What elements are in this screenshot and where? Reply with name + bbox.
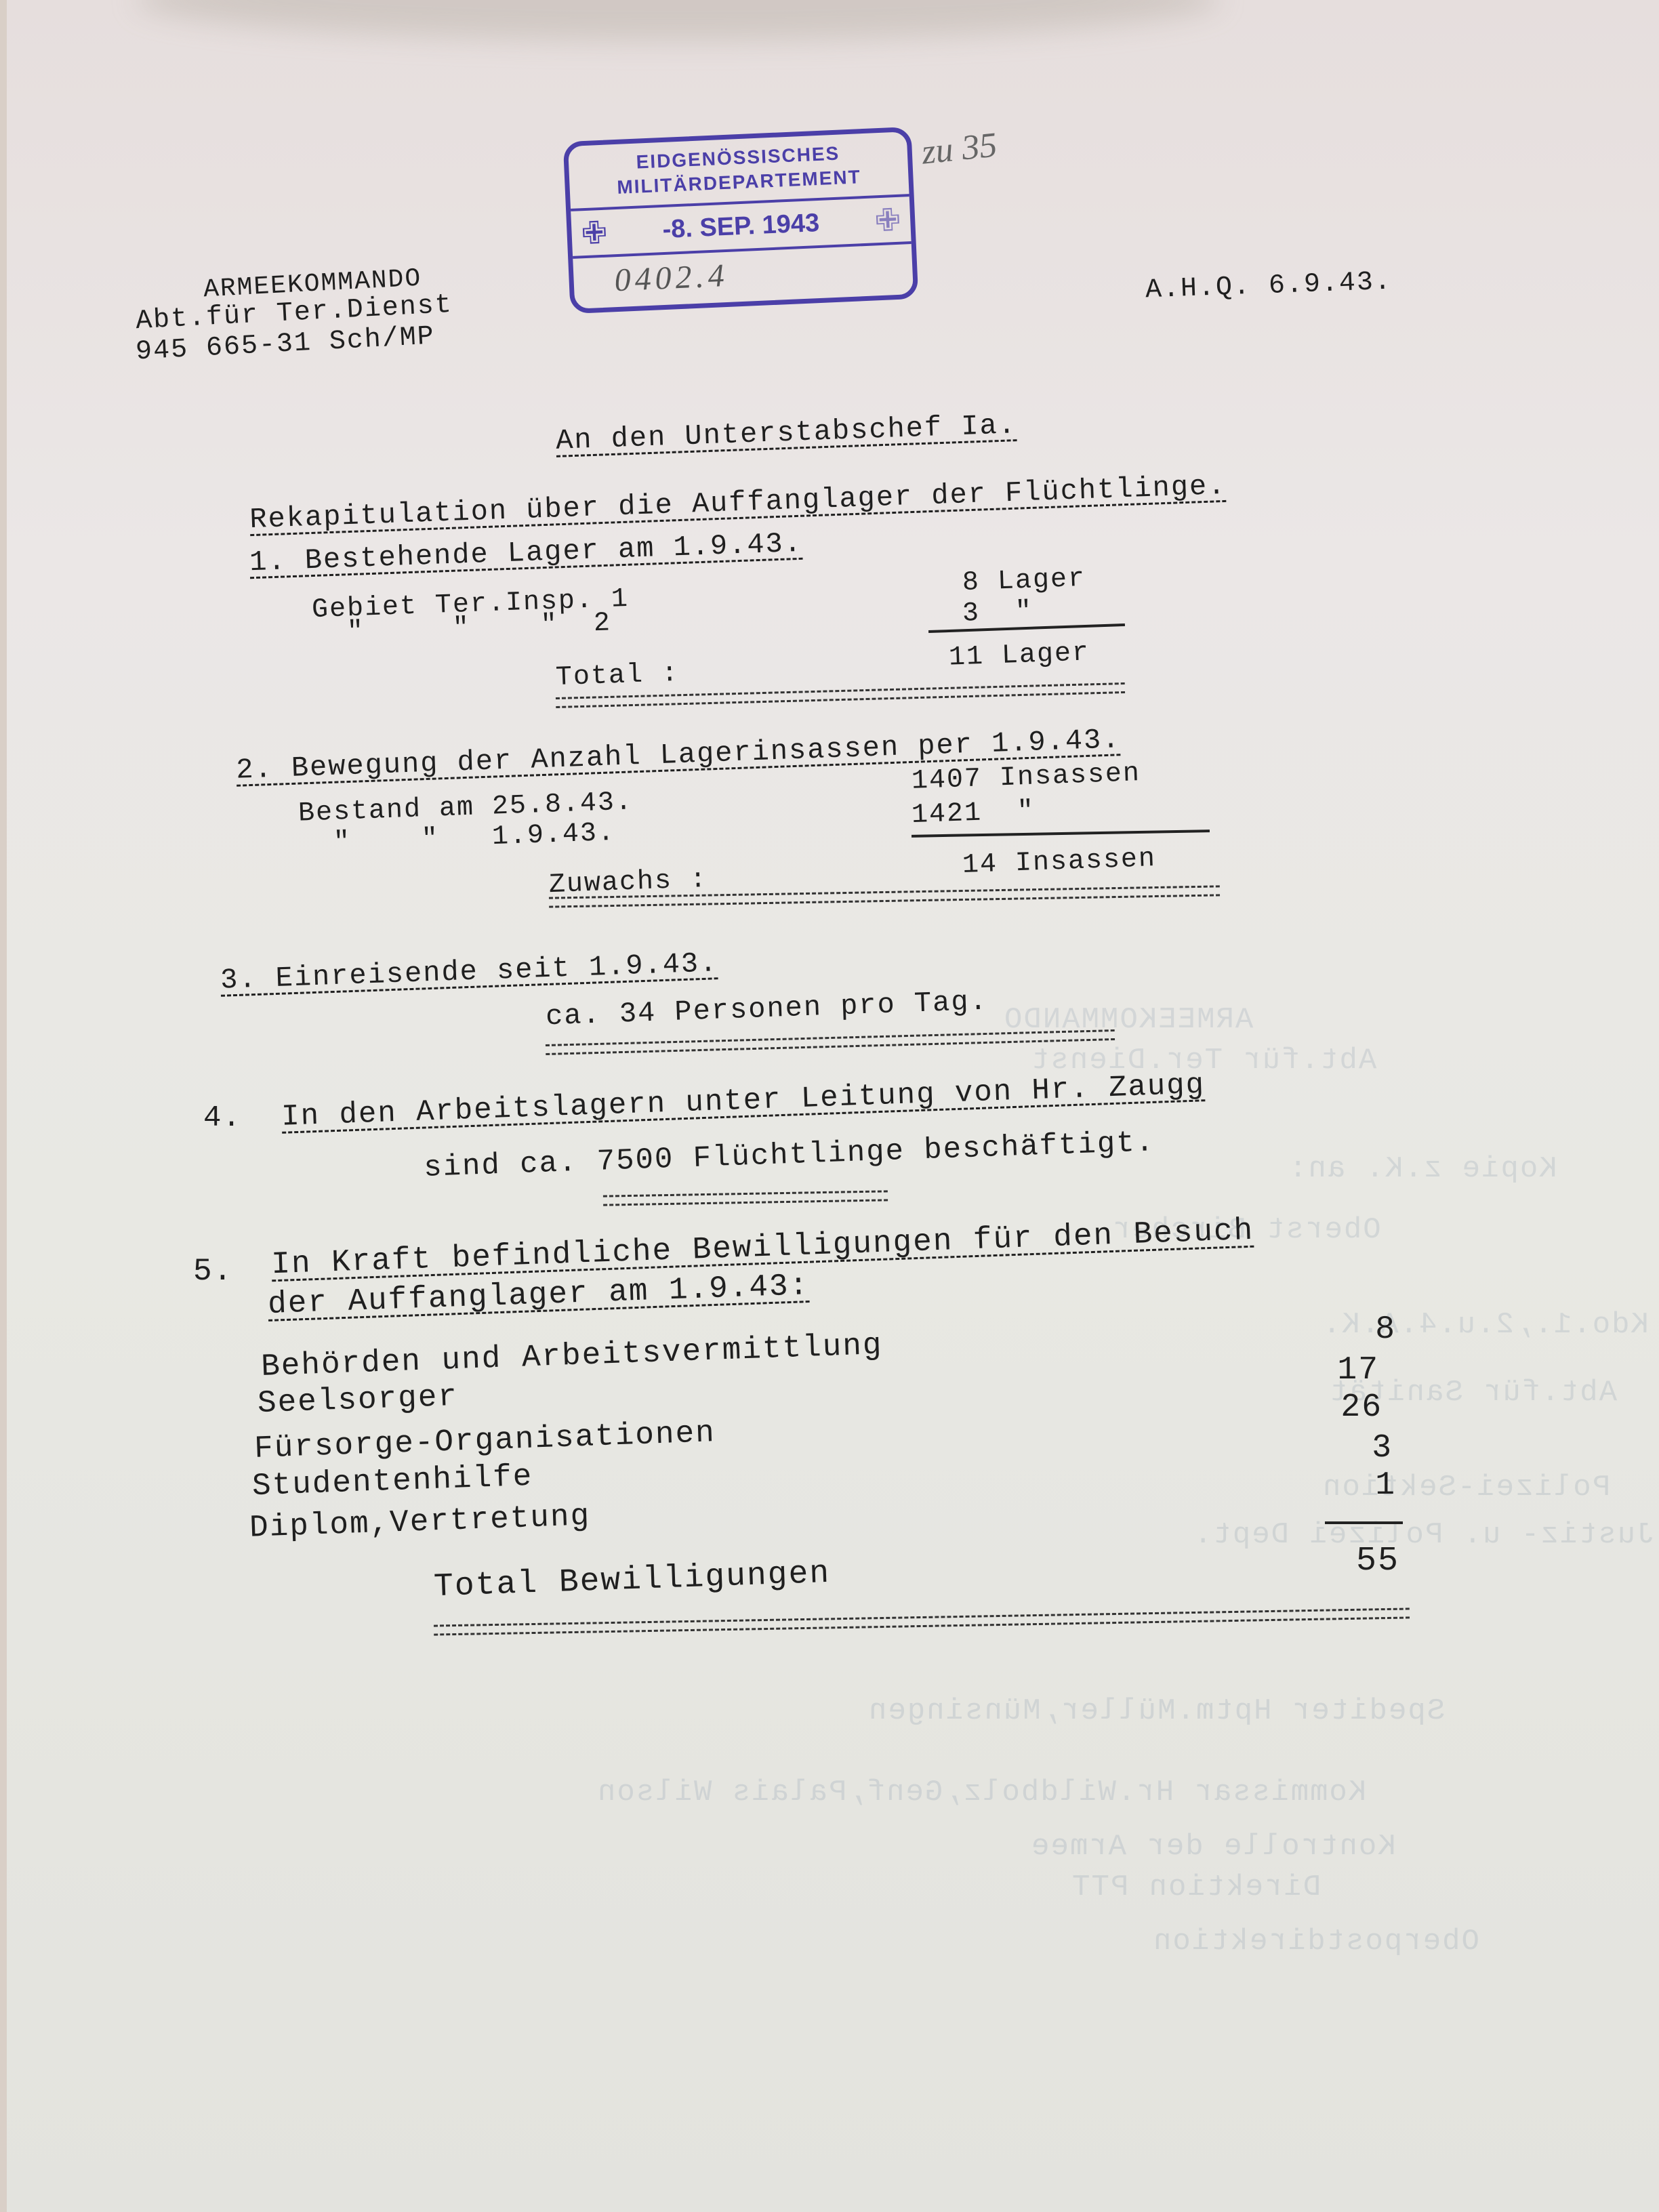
permit-total-label: Total Bewilligungen: [433, 1555, 831, 1605]
section3-text: ca. 34 Personen pro Tag.: [545, 985, 988, 1033]
section1-row-value: 3 ": [962, 596, 1033, 630]
section4-heading: In den Arbeitslagern unter Leitung von H…: [281, 1068, 1206, 1134]
addressee: An den Unterstabschef Ia.: [555, 409, 1017, 457]
section3-heading: 3. Einreisende seit 1.9.43.: [220, 947, 718, 997]
permit-value: 8: [1349, 1311, 1396, 1348]
section1-total-label: Total :: [555, 659, 679, 693]
bleed-line: Kopie z.K. an:: [1288, 1152, 1557, 1186]
handwritten-annotation: zu 35: [920, 125, 999, 172]
section4-text: sind ca. 7500 Flüchtlinge beschäftigt.: [423, 1126, 1155, 1185]
permit-value: 17: [1332, 1352, 1379, 1389]
section2-row-value: 1407 Insassen: [911, 758, 1141, 797]
section4-number: 4.: [203, 1101, 242, 1135]
permit-label: Seelsorger: [257, 1379, 459, 1421]
permit-label: Fürsorge-Organisationen: [253, 1415, 716, 1467]
document-page: ARMEEKOMMANDO Abt.für Ter.Dienst Kopie z…: [0, 0, 1659, 2212]
bleed-line: Direktion PTT: [1071, 1870, 1321, 1904]
swiss-cross-icon: ✙: [580, 214, 608, 252]
sum-line: [1325, 1521, 1403, 1524]
swiss-cross-icon: ✙: [874, 201, 901, 239]
bleed-line: Kontrolle der Armee: [1030, 1830, 1396, 1864]
section1-row-value: 8 Lager: [962, 564, 1086, 598]
double-underline: [603, 1190, 888, 1206]
permit-label: Studentenhilfe: [251, 1459, 533, 1504]
permit-total-value: 55: [1345, 1542, 1399, 1580]
section5-number: 5.: [193, 1254, 233, 1289]
stamp-date: -8. SEP. 1943: [662, 208, 820, 244]
document-title: Rekapitulation über die Auffanglager der…: [249, 470, 1227, 536]
permit-label: Behörden und Arbeitsvermittlung: [260, 1328, 883, 1385]
receipt-stamp: EIDGENÖSSISCHES MILITÄRDEPARTEMENT ✙ -8.…: [563, 127, 919, 314]
permit-value: 26: [1335, 1389, 1382, 1426]
bleed-line: Spediter Hptm.Müller,Münsingen: [867, 1694, 1445, 1728]
permit-value: 1: [1349, 1467, 1396, 1504]
bleed-line: Justiz- u. Polizei Dept.: [1193, 1518, 1655, 1552]
section1-total-value: 11 Lager: [948, 638, 1090, 673]
bleed-line: Kommissar Hr.Wildbolz,Genf,Palais Wilson: [596, 1776, 1366, 1809]
section1-heading: 1. Bestehende Lager am 1.9.43.: [249, 527, 802, 579]
double-underline: [434, 1607, 1410, 1635]
bleed-line: Oberpostdirektion: [1152, 1925, 1479, 1959]
sum-line: [912, 829, 1210, 838]
section2-total-value: 14 Insassen: [962, 844, 1156, 881]
section2-row-value: 1421 ": [911, 796, 1035, 831]
place-date: A.H.Q. 6.9.43.: [1145, 267, 1392, 306]
permit-value: 3: [1345, 1430, 1393, 1467]
permit-label: Diplom,Vertretung: [249, 1498, 591, 1546]
